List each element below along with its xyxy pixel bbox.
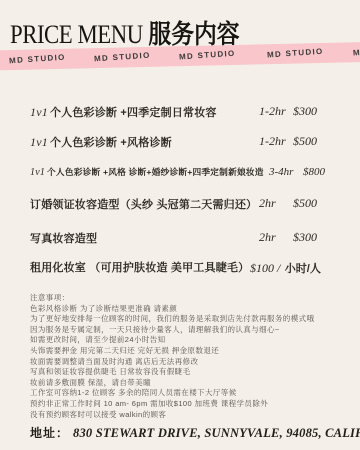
note-line: 妆面需要调整请当面及时沟通 离店后无法再修改 xyxy=(30,357,346,368)
menu-item-prefix: 1v1 xyxy=(30,105,48,119)
menu-item-name: 1v1个人色彩诊断 +风格诊断 xyxy=(30,134,172,150)
studio-address: 地址：830 STEWART DRIVE, SUNNYVALE, 94085, … xyxy=(30,424,360,442)
note-line: 工作室可容纳1-2 位顾客 多余的陪同人员需在楼下大厅等候 xyxy=(30,388,346,399)
address-value: 830 STEWART DRIVE, SUNNYVALE, 94085, CAL… xyxy=(73,426,360,440)
menu-item-price: $300 xyxy=(293,104,317,119)
note-line: 没有预约顾客时可以接受 walkin的顾客 xyxy=(30,410,346,421)
menu-item-price: $100 / 小时/人 xyxy=(250,259,321,277)
menu-item-prefix: 1v1 xyxy=(30,167,45,178)
menu-item-price: $300 xyxy=(293,230,317,245)
notes-heading: 注意事项： xyxy=(30,293,346,304)
menu-item-row: 1v1个人色彩诊断 +风格诊断 1-2hr $500 xyxy=(30,134,330,150)
menu-item-duration: 1-2hr xyxy=(259,104,286,119)
address-label: 地址： xyxy=(30,426,69,440)
menu-item-row: 写真妆容造型 2hr $300 xyxy=(30,230,330,246)
menu-item-price: $800 xyxy=(303,166,325,178)
notes-section: 注意事项： 色彩风格诊断 为了诊断结果更准确 请素颜 为了更好地安排每一位顾客的… xyxy=(30,293,346,420)
menu-item-duration: 2hr xyxy=(259,230,276,245)
menu-item-duration: 3-4hr xyxy=(269,166,293,178)
menu-item-name: 1v1个人色彩诊断 +风格 诊断+婚纱诊断+四季定制新娘妆造 xyxy=(30,166,264,178)
menu-item-name: 租用化妆室 （可用护肤妆造 美甲工具睫毛） xyxy=(30,259,249,275)
brand-watermark: MD STUDIO xyxy=(267,47,324,60)
menu-item-prefix: 1v1 xyxy=(30,135,48,149)
brand-watermark: MD STUDIO xyxy=(353,45,360,58)
brand-watermark: MD STUDIO xyxy=(94,51,151,64)
brand-watermark: MD STUDIO xyxy=(9,53,66,66)
menu-item-name: 写真妆容造型 xyxy=(30,230,97,246)
menu-item-row: 订婚领证妆容造型（头纱 头冠第二天需归还） 2hr $500 xyxy=(30,196,330,212)
note-line: 预约非正常工作时间 10 am- 6pm 需加收$100 加班费 课程学员除外 xyxy=(30,399,346,410)
menu-item-price: $500 xyxy=(293,196,317,211)
price-menu-poster: PRICE MENU服务内容 MD STUDIO MD STUDIO MD ST… xyxy=(0,0,360,450)
note-line: 如需更改时间，请至少提前24小时告知 xyxy=(30,335,346,346)
page-title-en: PRICE MENU xyxy=(10,21,143,50)
note-line: 色彩风格诊断 为了诊断结果更准确 请素颜 xyxy=(30,304,346,315)
note-line: 为了更好地安排每一位顾客的时间，我们的服务是采取到店先付款再服务的模式哦 xyxy=(30,314,346,325)
menu-item-row: 1v1个人色彩诊断 +四季定制日常妆容 1-2hr $300 xyxy=(30,104,330,120)
menu-item-duration: 1-2hr xyxy=(259,134,286,149)
menu-item-duration: 2hr xyxy=(259,196,276,211)
menu-item-row: 租用化妆室 （可用护肤妆造 美甲工具睫毛） $100 / 小时/人 xyxy=(30,259,330,275)
menu-item-name: 1v1个人色彩诊断 +四季定制日常妆容 xyxy=(30,104,217,120)
note-line: 写真和领证妆容提供睫毛 日常妆容没有假睫毛 xyxy=(30,367,346,378)
note-line: 头饰需要押金 用完第二天归还 完好无损 押金原数退还 xyxy=(30,346,346,357)
note-line: 因为服务是专属定制，一天只接待少量客人，请理解我们的认真与细心~ xyxy=(30,325,346,336)
menu-item-name: 订婚领证妆容造型（头纱 头冠第二天需归还） xyxy=(30,196,257,212)
menu-item-price: $500 xyxy=(293,134,317,149)
brand-watermark: MD STUDIO xyxy=(179,49,236,62)
note-line: 妆前请多敷面膜 保湿，请自带美瞳 xyxy=(30,378,346,389)
menu-item-row: 1v1个人色彩诊断 +风格 诊断+婚纱诊断+四季定制新娘妆造 3-4hr $80… xyxy=(30,166,330,182)
